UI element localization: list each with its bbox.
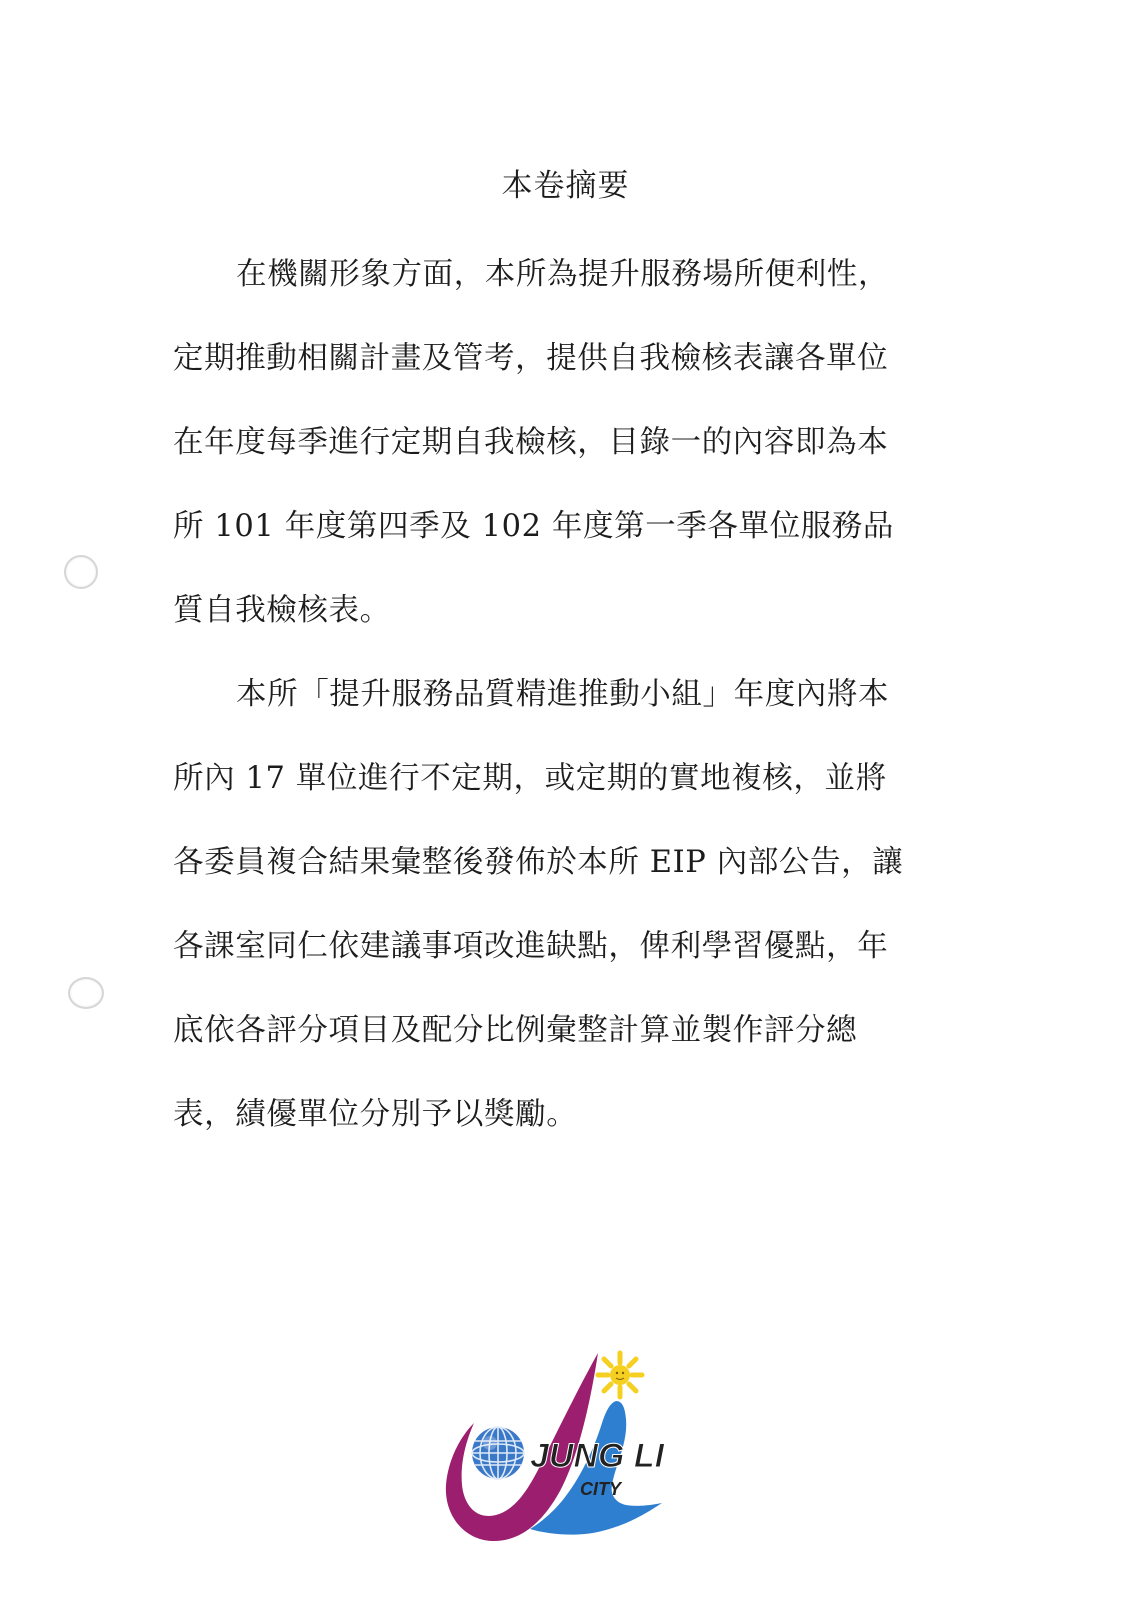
paragraph-2-line-3: 各委員複合結果彙整後發佈於本所 EIP 內部公告，讓 — [173, 843, 933, 883]
jungli-city-logo: JUNG LI CITY — [430, 1345, 680, 1550]
paragraph-2-line-6: 表，績優單位分別予以獎勵。 — [173, 1095, 933, 1135]
paragraph-2-line-4: 各課室同仁依建議事項改進缺點，俾利學習優點，年 — [173, 927, 933, 967]
paragraph-1-line-3: 在年度每季進行定期自我檢核，目錄一的內容即為本 — [173, 423, 933, 463]
document-page: 本卷摘要 在機關形象方面，本所為提升服務場所便利性， 定期推動相關計畫及管考，提… — [0, 0, 1131, 1600]
punch-hole-bottom — [68, 977, 104, 1009]
globe-icon — [472, 1427, 524, 1479]
logo-text-main: JUNG LI — [530, 1437, 666, 1475]
paragraph-2-line-1: 本所「提升服務品質精進推動小組」年度內將本 — [236, 675, 936, 715]
logo-text-sub: CITY — [580, 1479, 623, 1499]
page-title: 本卷摘要 — [0, 160, 1131, 205]
paragraph-1-line-2: 定期推動相關計畫及管考，提供自我檢核表讓各單位 — [173, 339, 933, 379]
punch-hole-top — [64, 555, 98, 589]
paragraph-2-line-5: 底依各評分項目及配分比例彙整計算並製作評分總 — [173, 1011, 933, 1051]
paragraph-1-line-4: 所 101 年度第四季及 102 年度第一季各單位服務品 — [173, 507, 933, 547]
paragraph-2-line-2: 所內 17 單位進行不定期，或定期的實地複核，並將 — [173, 759, 933, 799]
sun-icon — [598, 1353, 642, 1397]
paragraph-1-line-1: 在機關形象方面，本所為提升服務場所便利性， — [236, 255, 936, 295]
paragraph-1-line-5: 質自我檢核表。 — [173, 591, 933, 631]
